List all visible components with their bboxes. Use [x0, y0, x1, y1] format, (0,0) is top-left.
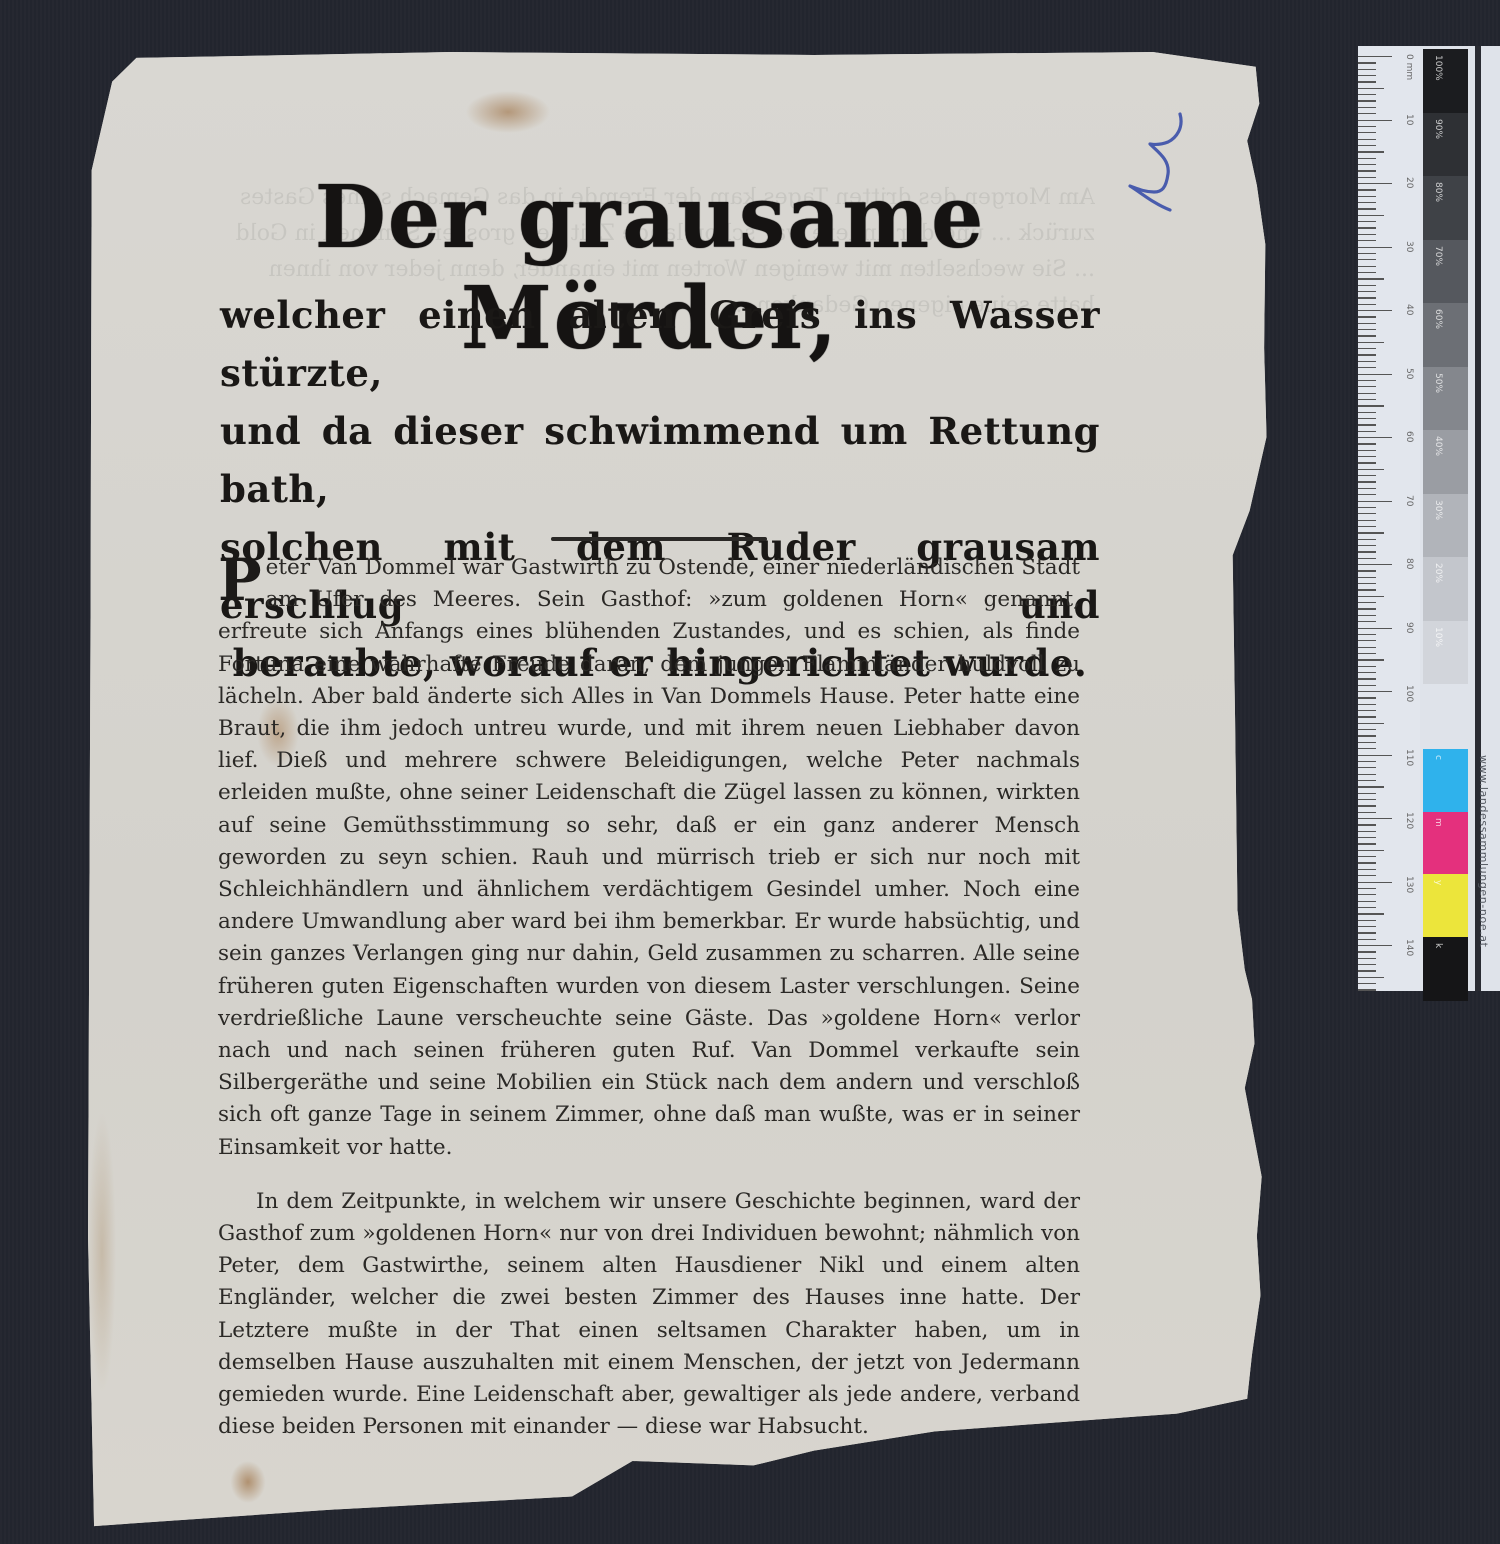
paragraph-text: eter Van Dommel war Gastwirth zu Ostende… [218, 555, 1080, 1160]
ruler-label: 30 [1404, 241, 1414, 252]
ruler-tick [1358, 634, 1376, 635]
ruler-label: 100 [1404, 685, 1414, 702]
ruler-tick [1358, 62, 1376, 63]
ruler-tick [1358, 158, 1376, 159]
ruler-tick [1358, 367, 1376, 368]
ruler-tick [1358, 558, 1376, 559]
ruler-label: 130 [1404, 876, 1414, 893]
gray-patch: 100% [1423, 49, 1468, 113]
color-patch: y [1423, 874, 1468, 937]
ruler-tick [1358, 380, 1376, 381]
gray-patch: 10% [1423, 621, 1468, 685]
ruler-tick [1358, 964, 1376, 965]
ruler-tick [1358, 354, 1376, 355]
mm-ruler: 0 mm102030405060708090100110120130140 [1358, 46, 1420, 991]
card-url: www.landessammlungen-noe.at [1477, 755, 1490, 948]
ruler-tick [1358, 570, 1376, 571]
ruler-tick [1358, 583, 1376, 584]
ruler-tick [1358, 869, 1376, 870]
ruler-tick [1358, 621, 1376, 622]
ruler-tick [1358, 901, 1376, 902]
ruler-tick [1358, 501, 1392, 502]
ruler-tick [1358, 202, 1376, 203]
ruler-tick [1358, 716, 1376, 717]
ruler-tick [1358, 678, 1376, 679]
ruler-tick [1358, 107, 1376, 108]
body-text: Peter Van Dommel war Gastwirth zu Ostend… [218, 552, 1080, 1465]
ruler-tick [1358, 856, 1376, 857]
ruler-tick [1358, 177, 1376, 178]
ruler-tick [1358, 735, 1376, 736]
ruler-label: 40 [1404, 304, 1414, 315]
ruler-tick [1358, 374, 1392, 375]
ruler-tick [1358, 615, 1376, 616]
ruler-tick [1358, 653, 1376, 654]
paragraph: In dem Zeitpunkte, in welchem wir unsere… [218, 1186, 1080, 1444]
ruler-tick [1358, 545, 1376, 546]
ruler-tick [1358, 126, 1376, 127]
drop-cap: P [218, 556, 262, 604]
ruler-tick [1358, 913, 1384, 914]
ruler-tick [1358, 139, 1376, 140]
color-patch: c [1423, 749, 1468, 812]
ruler-tick [1358, 850, 1384, 851]
ruler-tick [1358, 443, 1376, 444]
ruler-tick [1358, 862, 1376, 863]
ruler-tick [1358, 818, 1392, 819]
patch-label: c [1433, 755, 1443, 760]
ruler-tick [1358, 723, 1384, 724]
ruler-tick [1358, 291, 1376, 292]
ruler-tick [1358, 170, 1376, 171]
color-patch: k [1423, 937, 1468, 1001]
patch-label: m [1433, 818, 1443, 827]
patch-label: 50% [1433, 373, 1443, 393]
ruler-tick [1358, 113, 1376, 114]
ruler-tick [1358, 926, 1376, 927]
ruler-tick [1358, 361, 1376, 362]
patch-label: 40% [1433, 436, 1443, 456]
ruler-tick [1358, 424, 1376, 425]
patch-label: 70% [1433, 246, 1443, 266]
ruler-tick [1358, 672, 1376, 673]
ruler-tick [1358, 132, 1376, 133]
gray-patch: 30% [1423, 494, 1468, 558]
patch-label: 90% [1433, 119, 1443, 139]
ruler-tick [1358, 564, 1392, 565]
ruler-tick [1358, 94, 1376, 95]
ruler-tick [1358, 431, 1376, 432]
ruler-tick [1358, 316, 1376, 317]
ruler-tick [1358, 386, 1376, 387]
ruler-label: 140 [1404, 939, 1414, 956]
ruler-tick [1358, 329, 1376, 330]
ruler-label: 120 [1404, 812, 1414, 829]
ruler-tick [1358, 88, 1384, 89]
ruler-tick [1358, 405, 1384, 406]
ruler-tick [1358, 310, 1392, 311]
paragraph: Peter Van Dommel war Gastwirth zu Ostend… [218, 552, 1080, 1164]
ruler-tick [1358, 532, 1384, 533]
ruler-tick [1358, 507, 1376, 508]
ruler-tick [1358, 240, 1376, 241]
ruler-label: 70 [1404, 495, 1414, 506]
ruler-tick [1358, 494, 1376, 495]
gray-patch: 40% [1423, 430, 1468, 494]
ruler-tick [1358, 450, 1376, 451]
ruler-tick [1358, 958, 1376, 959]
ruler-tick [1358, 983, 1376, 984]
ruler-tick [1358, 704, 1376, 705]
ruler-tick [1358, 304, 1376, 305]
ruler-tick [1358, 767, 1376, 768]
ruler-tick [1358, 882, 1392, 883]
ruler-tick [1358, 227, 1376, 228]
patch-label: 20% [1433, 563, 1443, 583]
ruler-tick [1358, 551, 1376, 552]
ruler-tick [1358, 824, 1376, 825]
patch-label: 100% [1433, 55, 1443, 81]
ruler-tick [1358, 69, 1376, 70]
subtitle-line: und da dieser schwimmend um Rettung bath… [220, 402, 1100, 518]
patch-label: y [1433, 880, 1443, 885]
ruler-tick [1358, 196, 1376, 197]
ruler-label: 20 [1404, 177, 1414, 188]
ruler-tick [1358, 488, 1376, 489]
patch-label: 30% [1433, 500, 1443, 520]
ruler-tick [1358, 469, 1384, 470]
ruler-tick [1358, 805, 1376, 806]
ruler-tick [1358, 475, 1376, 476]
ruler-tick [1358, 932, 1376, 933]
ruler-tick [1358, 278, 1384, 279]
ruler-tick [1358, 837, 1376, 838]
ruler-tick [1358, 666, 1376, 667]
ruler-tick [1358, 285, 1376, 286]
ruler-tick [1358, 894, 1376, 895]
ruler-tick [1358, 221, 1376, 222]
ruler-tick [1358, 742, 1376, 743]
ruler-tick [1358, 697, 1376, 698]
ruler-tick [1358, 100, 1376, 101]
ruler-tick [1358, 481, 1376, 482]
ruler-tick [1358, 348, 1376, 349]
ruler-tick [1358, 780, 1376, 781]
color-patches: 100%90%80%70%60%50%40%30%20%10%cmyk [1423, 49, 1468, 994]
title-divider [551, 537, 767, 541]
ruler-tick [1358, 520, 1376, 521]
color-patch: m [1423, 812, 1468, 875]
subtitle-line: welcher einen alten Greis ins Wasser stü… [220, 286, 1100, 402]
ruler-tick [1358, 774, 1376, 775]
ruler-tick [1358, 685, 1376, 686]
ruler-tick [1358, 589, 1376, 590]
ruler-tick [1358, 691, 1392, 692]
ruler-tick [1358, 755, 1392, 756]
ruler-tick [1358, 977, 1384, 978]
ruler-label: 50 [1404, 368, 1414, 379]
ruler-tick [1358, 951, 1376, 952]
ruler-tick [1358, 812, 1376, 813]
patch-label: k [1433, 943, 1443, 948]
ruler-tick [1358, 399, 1376, 400]
ruler-tick [1358, 393, 1376, 394]
ruler-tick [1358, 253, 1376, 254]
ruler-tick [1358, 81, 1376, 82]
patch-label: 80% [1433, 182, 1443, 202]
ruler-label: 10 [1404, 114, 1414, 125]
ruler-tick [1358, 266, 1376, 267]
pencil-mark [1118, 108, 1218, 228]
ruler-label: 110 [1404, 749, 1414, 766]
ruler-tick [1358, 456, 1376, 457]
ruler-tick [1358, 748, 1376, 749]
ruler-tick [1358, 56, 1392, 57]
ruler-tick [1358, 659, 1384, 660]
gray-patch: 60% [1423, 303, 1468, 367]
gray-patch: 20% [1423, 557, 1468, 621]
ruler-tick [1358, 729, 1376, 730]
ruler-tick [1358, 602, 1376, 603]
patch-label: 10% [1433, 627, 1443, 647]
ruler-tick [1358, 710, 1376, 711]
ruler-tick [1358, 437, 1392, 438]
ruler-tick [1358, 907, 1376, 908]
gray-patch: 90% [1423, 113, 1468, 177]
ruler-label: 60 [1404, 431, 1414, 442]
ruler-label: 0 mm [1404, 54, 1414, 80]
ruler-tick [1358, 831, 1376, 832]
ruler-tick [1358, 120, 1392, 121]
ruler-tick [1358, 647, 1376, 648]
ruler-tick [1358, 418, 1376, 419]
ruler-tick [1358, 75, 1376, 76]
ruler-tick [1358, 247, 1392, 248]
patch-label: 60% [1433, 309, 1443, 329]
ruler-tick [1358, 939, 1376, 940]
ruler-tick [1358, 843, 1376, 844]
ruler-label: 90 [1404, 622, 1414, 633]
ruler-tick [1358, 608, 1376, 609]
ruler-tick [1358, 888, 1376, 889]
ruler-tick [1358, 342, 1384, 343]
ruler-tick [1358, 875, 1376, 876]
ruler-tick [1358, 208, 1376, 209]
ruler-tick [1358, 596, 1384, 597]
ruler-tick [1358, 628, 1392, 629]
ruler-tick [1358, 786, 1384, 787]
ruler-tick [1358, 539, 1376, 540]
ruler-tick [1358, 145, 1376, 146]
ruler-tick [1358, 945, 1392, 946]
ruler-tick [1358, 412, 1376, 413]
ruler-tick [1358, 215, 1384, 216]
ruler-tick [1358, 793, 1376, 794]
ruler-tick [1358, 151, 1384, 152]
ruler-tick [1358, 577, 1376, 578]
gray-patch: 80% [1423, 176, 1468, 240]
ruler-tick [1358, 272, 1376, 273]
ruler-tick [1358, 989, 1376, 990]
paragraph-text: In dem Zeitpunkte, in welchem wir unsere… [218, 1189, 1080, 1439]
ruler-tick [1358, 513, 1376, 514]
ruler-tick [1358, 183, 1392, 184]
ruler-tick [1358, 323, 1376, 324]
ruler-label: 80 [1404, 558, 1414, 569]
ruler-tick [1358, 799, 1376, 800]
gray-patch: 50% [1423, 367, 1468, 431]
ruler-tick [1358, 526, 1376, 527]
ruler-tick [1358, 335, 1376, 336]
ruler-tick [1358, 189, 1376, 190]
ruler-tick [1358, 920, 1376, 921]
ruler-tick [1358, 640, 1376, 641]
ruler-tick [1358, 234, 1376, 235]
ruler-tick [1358, 761, 1376, 762]
ruler-tick [1358, 259, 1376, 260]
ruler-tick [1358, 970, 1376, 971]
gray-patch: 70% [1423, 240, 1468, 304]
ruler-tick [1358, 462, 1376, 463]
ruler-tick [1358, 297, 1376, 298]
ruler-tick [1358, 164, 1376, 165]
